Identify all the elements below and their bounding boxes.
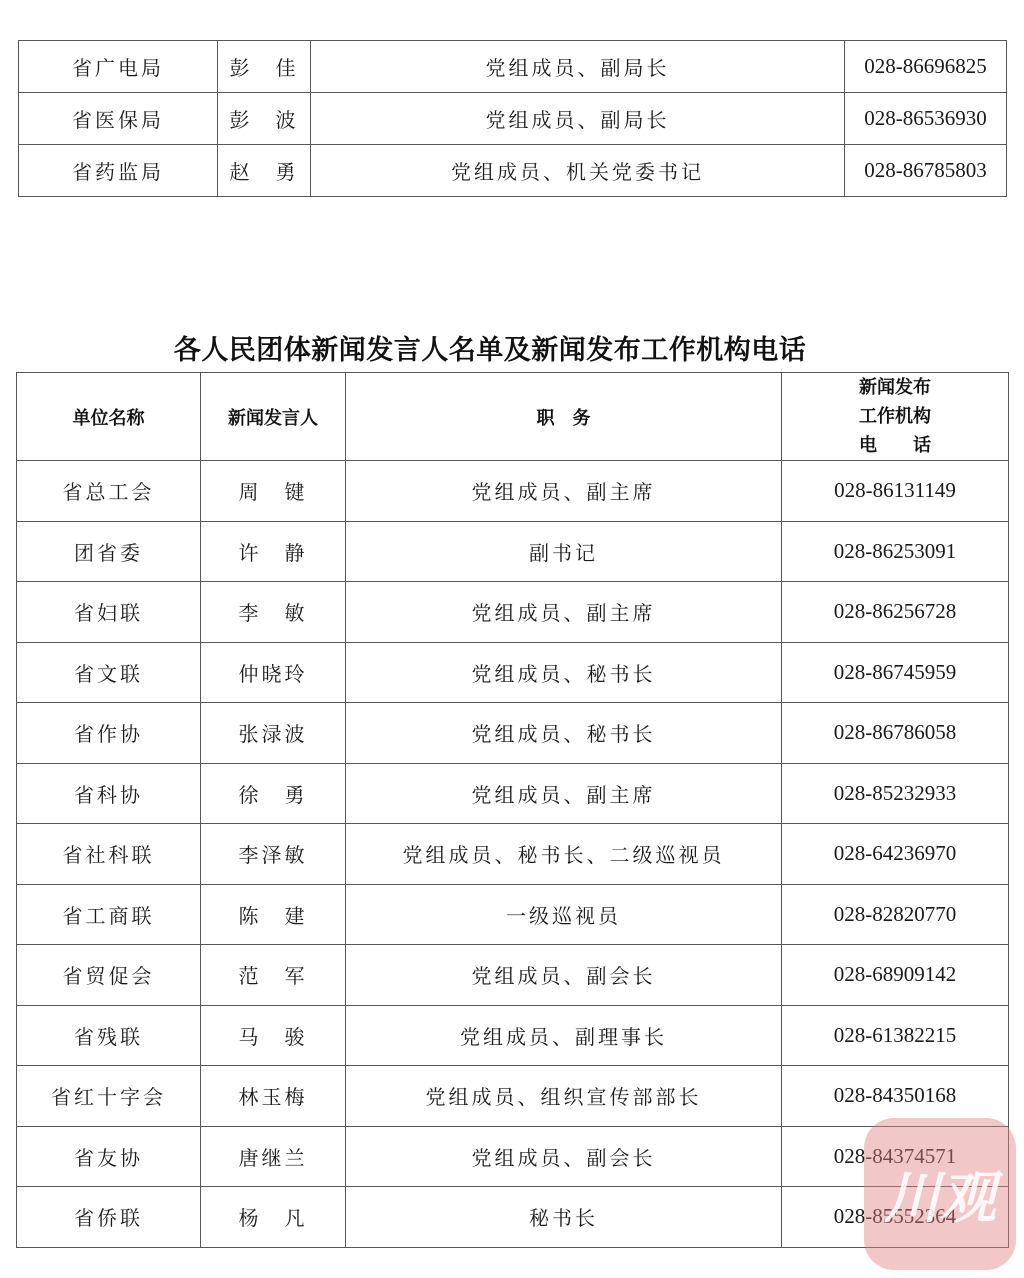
- position-cell: 党组成员、副局长: [311, 41, 845, 93]
- position-cell: 一级巡视员: [346, 884, 782, 945]
- phone-cell: 028-86785803: [845, 145, 1007, 197]
- spokesperson-cell: 徐 勇: [201, 763, 346, 824]
- table-row: 省药监局 赵 勇 党组成员、机关党委书记 028-86785803: [19, 145, 1007, 197]
- unit-cell: 省贸促会: [17, 945, 201, 1006]
- phone-cell: 028-86131149: [782, 461, 1009, 522]
- table-header-row: 单位名称 新闻发言人 职 务 新闻发布 工作机构 电 话: [17, 373, 1009, 461]
- position-cell: 党组成员、副理事长: [346, 1005, 782, 1066]
- unit-cell: 团省委: [17, 521, 201, 582]
- phone-cell: 028-86696825: [845, 41, 1007, 93]
- spokesperson-cell: 李泽敏: [201, 824, 346, 885]
- spokesperson-cell: 马 骏: [201, 1005, 346, 1066]
- phone-cell: 028-85232933: [782, 763, 1009, 824]
- table-row: 省科协 徐 勇 党组成员、副主席 028-85232933: [17, 763, 1009, 824]
- table-row: 省作协 张渌波 党组成员、秘书长 028-86786058: [17, 703, 1009, 764]
- unit-cell: 省总工会: [17, 461, 201, 522]
- position-cell: 党组成员、秘书长、二级巡视员: [346, 824, 782, 885]
- position-cell: 党组成员、副主席: [346, 461, 782, 522]
- position-cell: 党组成员、副主席: [346, 582, 782, 643]
- position-cell: 党组成员、组织宣传部部长: [346, 1066, 782, 1127]
- unit-cell: 省科协: [17, 763, 201, 824]
- unit-cell: 省残联: [17, 1005, 201, 1066]
- position-cell: 党组成员、秘书长: [346, 703, 782, 764]
- unit-cell: 省红十字会: [17, 1066, 201, 1127]
- phone-cell: 028-68909142: [782, 945, 1009, 1006]
- table-row: 省友协 唐继兰 党组成员、副会长 028-84374571: [17, 1126, 1009, 1187]
- position-cell: 党组成员、副会长: [346, 1126, 782, 1187]
- table-row: 省妇联 李 敏 党组成员、副主席 028-86256728: [17, 582, 1009, 643]
- unit-cell: 省文联: [17, 642, 201, 703]
- header-phone-line2: 工作机构: [782, 402, 1008, 431]
- top-contacts-table: 省广电局 彭 佳 党组成员、副局长 028-86696825 省医保局 彭 波 …: [18, 40, 1007, 197]
- header-phone-line3: 电 话: [782, 431, 1008, 460]
- header-phone: 新闻发布 工作机构 电 话: [782, 373, 1009, 461]
- table-row: 省医保局 彭 波 党组成员、副局长 028-86536930: [19, 93, 1007, 145]
- spokesperson-cell: 唐继兰: [201, 1126, 346, 1187]
- phone-cell: 028-82820770: [782, 884, 1009, 945]
- spokesperson-cell: 张渌波: [201, 703, 346, 764]
- phone-cell: 028-84350168: [782, 1066, 1009, 1127]
- unit-cell: 省社科联: [17, 824, 201, 885]
- unit-cell: 省广电局: [19, 41, 218, 93]
- unit-cell: 省工商联: [17, 884, 201, 945]
- table-row: 团省委 许 静 副书记 028-86253091: [17, 521, 1009, 582]
- spokesperson-cell: 周 键: [201, 461, 346, 522]
- phone-cell: 028-61382215: [782, 1005, 1009, 1066]
- section-title: 各人民团体新闻发言人名单及新闻发布工作机构电话: [0, 328, 980, 367]
- header-unit: 单位名称: [17, 373, 201, 461]
- phone-cell: 028-86253091: [782, 521, 1009, 582]
- position-cell: 党组成员、副主席: [346, 763, 782, 824]
- position-cell: 党组成员、副局长: [311, 93, 845, 145]
- unit-cell: 省友协: [17, 1126, 201, 1187]
- spokesperson-cell: 仲晓玲: [201, 642, 346, 703]
- people-organizations-contacts-table: 单位名称 新闻发言人 职 务 新闻发布 工作机构 电 话 省总工会 周 键 党组…: [16, 372, 1009, 1248]
- table-row: 省贸促会 范 军 党组成员、副会长 028-68909142: [17, 945, 1009, 1006]
- phone-cell: 028-64236970: [782, 824, 1009, 885]
- header-phone-line1: 新闻发布: [782, 373, 1008, 402]
- table-row: 省社科联 李泽敏 党组成员、秘书长、二级巡视员 028-64236970: [17, 824, 1009, 885]
- phone-cell: 028-86745959: [782, 642, 1009, 703]
- table-row: 省工商联 陈 建 一级巡视员 028-82820770: [17, 884, 1009, 945]
- spokesperson-cell: 彭 佳: [218, 41, 311, 93]
- spokesperson-cell: 彭 波: [218, 93, 311, 145]
- spokesperson-cell: 李 敏: [201, 582, 346, 643]
- position-cell: 党组成员、秘书长: [346, 642, 782, 703]
- spokesperson-cell: 范 军: [201, 945, 346, 1006]
- unit-cell: 省药监局: [19, 145, 218, 197]
- table-row: 省残联 马 骏 党组成员、副理事长 028-61382215: [17, 1005, 1009, 1066]
- spokesperson-cell: 陈 建: [201, 884, 346, 945]
- spokesperson-cell: 林玉梅: [201, 1066, 346, 1127]
- spokesperson-cell: 杨 凡: [201, 1187, 346, 1248]
- position-cell: 党组成员、机关党委书记: [311, 145, 845, 197]
- unit-cell: 省医保局: [19, 93, 218, 145]
- phone-cell: 028-86256728: [782, 582, 1009, 643]
- table-row: 省侨联 杨 凡 秘书长 028-85552364: [17, 1187, 1009, 1248]
- position-cell: 秘书长: [346, 1187, 782, 1248]
- phone-cell: 028-86786058: [782, 703, 1009, 764]
- table-row: 省文联 仲晓玲 党组成员、秘书长 028-86745959: [17, 642, 1009, 703]
- unit-cell: 省作协: [17, 703, 201, 764]
- spokesperson-cell: 赵 勇: [218, 145, 311, 197]
- header-position: 职 务: [346, 373, 782, 461]
- table-row: 省总工会 周 键 党组成员、副主席 028-86131149: [17, 461, 1009, 522]
- unit-cell: 省妇联: [17, 582, 201, 643]
- header-spokesperson: 新闻发言人: [201, 373, 346, 461]
- spokesperson-cell: 许 静: [201, 521, 346, 582]
- chuanguan-watermark-logo: 川观: [864, 1118, 1016, 1270]
- table-row: 省红十字会 林玉梅 党组成员、组织宣传部部长 028-84350168: [17, 1066, 1009, 1127]
- table-row: 省广电局 彭 佳 党组成员、副局长 028-86696825: [19, 41, 1007, 93]
- position-cell: 副书记: [346, 521, 782, 582]
- unit-cell: 省侨联: [17, 1187, 201, 1248]
- phone-cell: 028-86536930: [845, 93, 1007, 145]
- position-cell: 党组成员、副会长: [346, 945, 782, 1006]
